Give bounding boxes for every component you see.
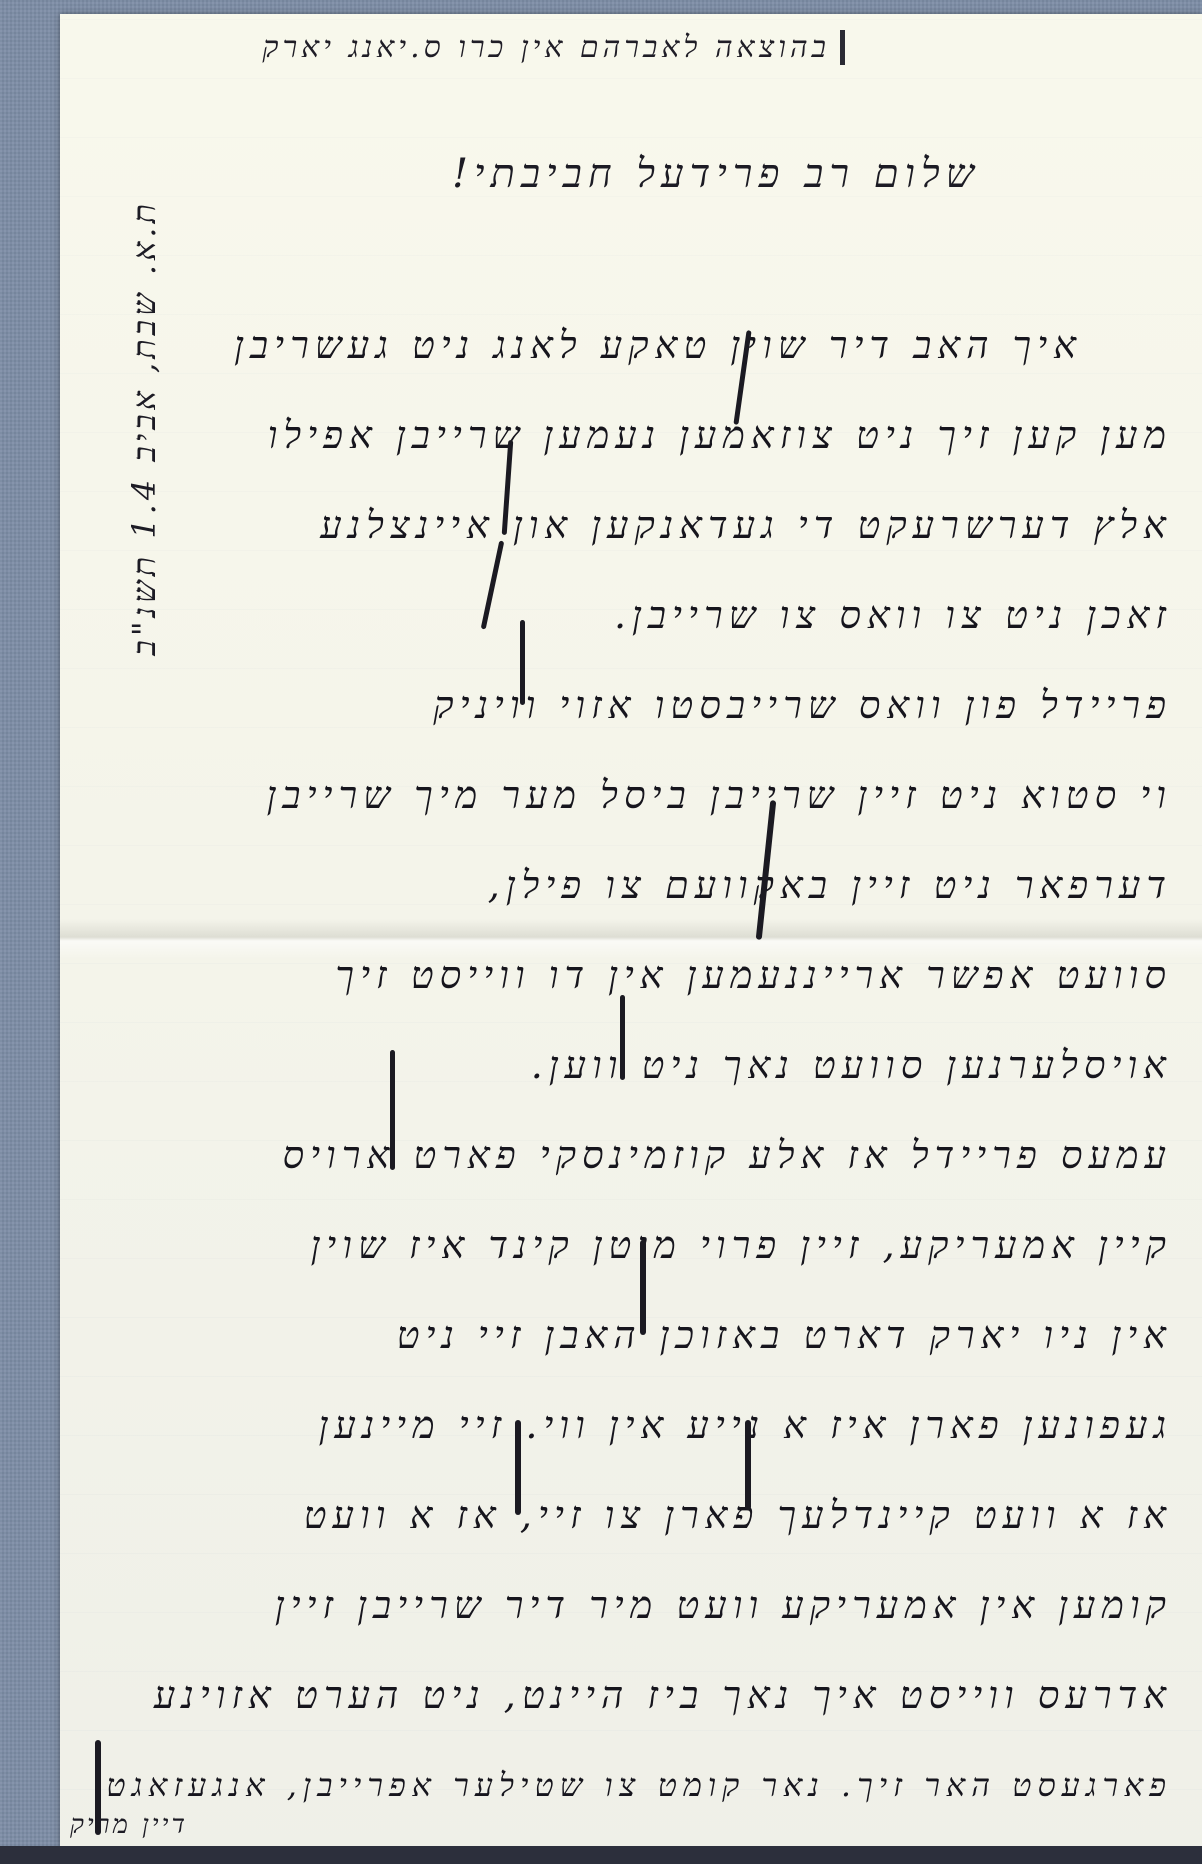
ink-descender-stroke	[745, 1420, 751, 1510]
body-line: עמעס פריידל אז אלע קוזמינסקי פארט ארויס	[122, 1110, 1172, 1200]
body-line: אין ניו יארק דארט באזוכן האבן זיי ניט	[122, 1290, 1172, 1380]
ink-descender-stroke	[390, 1050, 395, 1170]
body-line: מען קען זיך ניט צוזאמען נעמען שרייבן אפי…	[122, 390, 1172, 480]
ink-descender-stroke	[520, 620, 525, 705]
ink-descender-stroke	[640, 1240, 646, 1335]
body-line: דערפאר ניט זיין באקוועם צו פילן,	[122, 840, 1172, 930]
body-line: אדרעס ווייסט איך נאך ביז היינט, ניט הערט…	[122, 1650, 1172, 1740]
body-line: פארגעסט האר זיך. נאר קומט צו שטילער אפרי…	[122, 1740, 1172, 1830]
letter-header-line: בהוצאה לאברהם אין כרו ס.יאנג יארק	[150, 30, 845, 65]
letter-body: איך האב דיר שוין טאקע לאנג ניט געשריבן מ…	[122, 300, 1172, 1830]
letter-greeting: שלום רב פרידעל חביבתי!	[300, 150, 980, 197]
body-line: סוועט אפשר ארייננעמען אין דו ווייסט זיך	[122, 930, 1172, 1020]
ink-descender-stroke	[620, 995, 625, 1080]
body-line: אלץ דערשרעקט די געדאנקען און איינצלנע	[122, 480, 1172, 570]
signature: דיין מריק	[70, 1810, 188, 1840]
body-line: אויסלערנען סוועט נאך ניט ווען.	[122, 1020, 1172, 1110]
body-line: וי סטוא ניט זיין שרייבן ביסל מער מיך שרי…	[122, 750, 1172, 840]
ink-descender-stroke	[515, 1420, 521, 1515]
body-line: אז א וועט קיינדלעך פארן צו זיי, אז א ווע…	[122, 1470, 1172, 1560]
body-line: פריידל פון וואס שרייבסטו אזוי וויניק	[122, 660, 1172, 750]
body-line: קומען אין אמעריקע וועט מיר דיר שרייבן זי…	[122, 1560, 1172, 1650]
bottom-shadow-edge	[0, 1846, 1202, 1864]
body-line: זאכן ניט צו וואס צו שרייבן.	[122, 570, 1172, 660]
body-line: קיין אמעריקע, זיין פרוי מיטן קינד איז שו…	[122, 1200, 1172, 1290]
body-line: געפונען פארן איז א נייע אין ווי. זיי מיי…	[122, 1380, 1172, 1470]
body-line: איך האב דיר שוין טאקע לאנג ניט געשריבן	[122, 300, 1172, 390]
